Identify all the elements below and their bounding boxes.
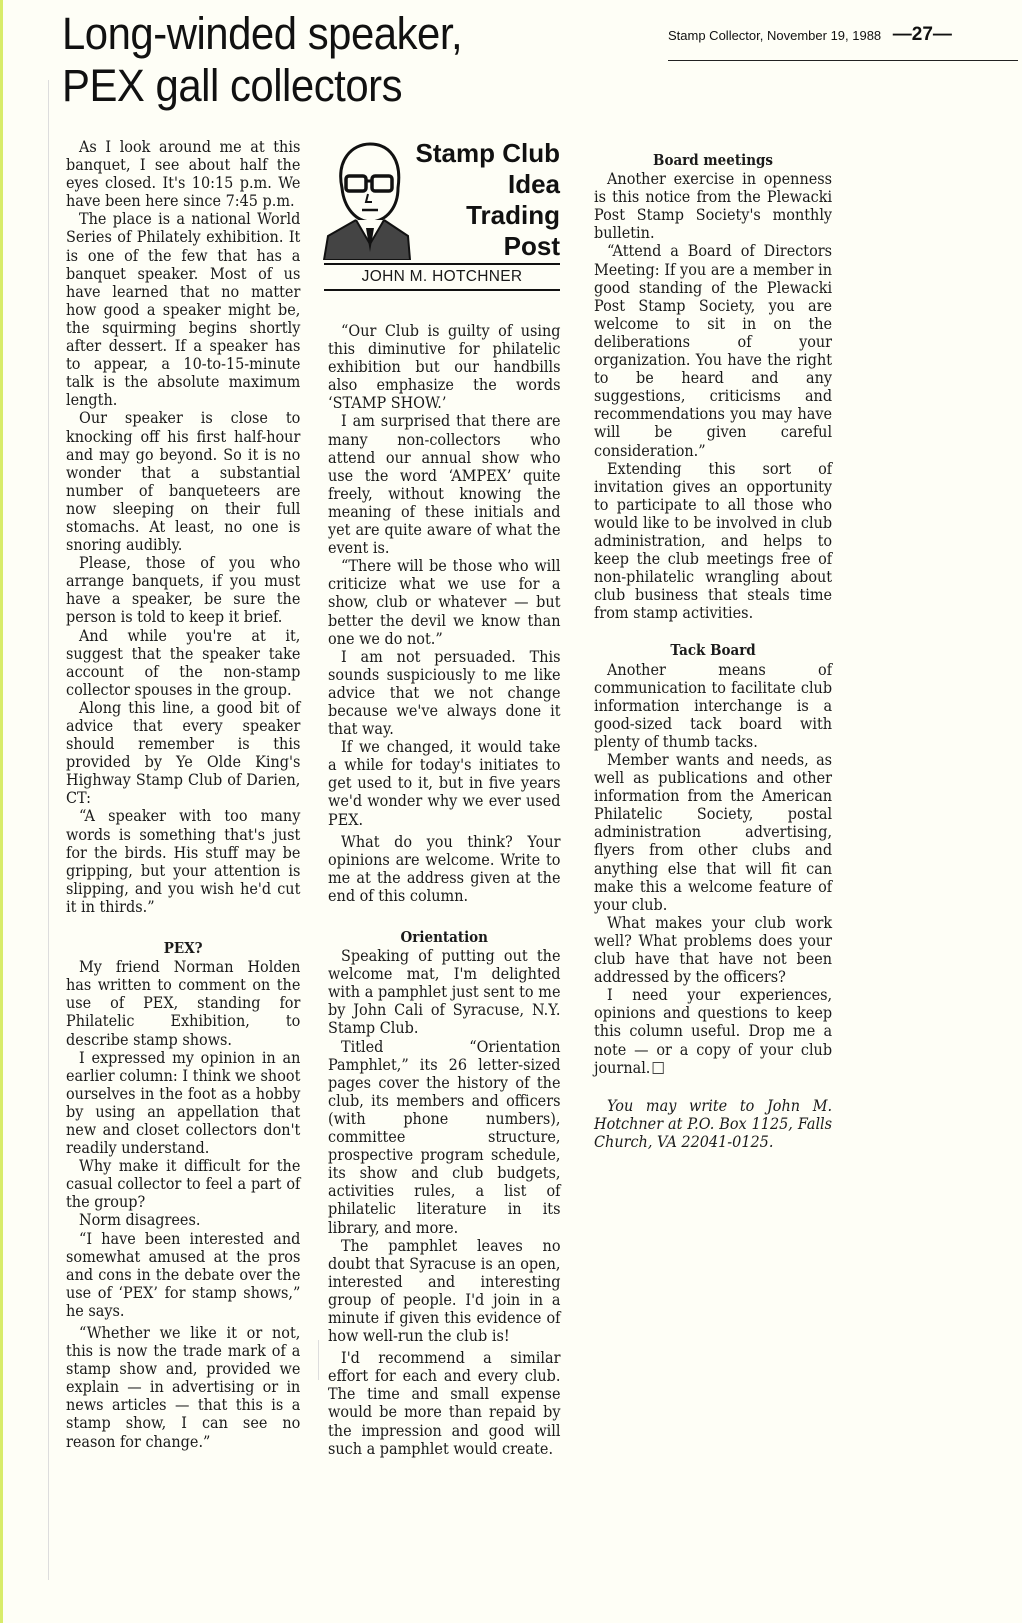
paragraph: The place is a national World Series of … bbox=[66, 210, 300, 409]
paragraph: Norm disagrees. bbox=[66, 1211, 300, 1229]
section-heading-orientation: Orientation bbox=[328, 929, 561, 947]
paragraph: What do you think? Your opinions are wel… bbox=[328, 833, 561, 905]
paragraph: And while you're at it, suggest that the… bbox=[66, 627, 300, 699]
paragraph: Another exercise in openness is this not… bbox=[594, 170, 832, 242]
byline: JOHN M. HOTCHNER bbox=[324, 263, 560, 291]
page-number: —27— bbox=[893, 24, 952, 45]
paragraph: Extending this sort of invitation gives … bbox=[594, 460, 832, 623]
paragraph: If we changed, it would take a while for… bbox=[328, 738, 561, 828]
paragraph: I need your experiences, opinions and qu… bbox=[594, 986, 832, 1076]
column-logo-title: Stamp Club Idea Trading Post bbox=[416, 138, 560, 262]
paragraph: Member wants and needs, as well as publi… bbox=[594, 751, 832, 914]
paragraph: Along this line, a good bit of advice th… bbox=[66, 699, 300, 808]
masthead: Stamp Collector, November 19, 1988 —27— bbox=[668, 24, 1018, 61]
article-column-2: “Our Club is guilty of using this diminu… bbox=[328, 322, 561, 1458]
article-column-1: As I look around me at this banquet, I s… bbox=[66, 138, 300, 1451]
closing-paragraph-text: I need your experiences, opinions and qu… bbox=[594, 986, 832, 1076]
column-rule bbox=[318, 1340, 319, 1380]
headline: Long-winded speaker, PEX gall collectors bbox=[62, 8, 583, 112]
logo-title-line: Idea bbox=[416, 169, 560, 200]
article-column-3: Board meetings Another exercise in openn… bbox=[594, 152, 832, 1151]
paragraph: Titled “Orientation Pamphlet,” its 26 le… bbox=[328, 1038, 561, 1237]
logo-title-line: Post bbox=[416, 231, 560, 262]
paragraph: “There will be those who will criticize … bbox=[328, 557, 561, 647]
paragraph: “Our Club is guilty of using this diminu… bbox=[328, 322, 561, 412]
paragraph: The pamphlet leaves no doubt that Syracu… bbox=[328, 1237, 561, 1346]
paragraph: Speaking of putting out the welcome mat,… bbox=[328, 947, 561, 1037]
paragraph: “Whether we like it or not, this is now … bbox=[66, 1324, 300, 1451]
end-of-article-box-icon bbox=[652, 1062, 663, 1074]
section-heading-pex: PEX? bbox=[66, 940, 300, 958]
paragraph: I am surprised that there are many non-c… bbox=[328, 412, 561, 557]
paragraph: I expressed my opinion in an earlier col… bbox=[66, 1049, 300, 1158]
column-logo: Stamp Club Idea Trading Post JOHN M. HOT… bbox=[322, 140, 560, 296]
column-rule bbox=[48, 80, 49, 1580]
paragraph: Another means of communication to facili… bbox=[594, 661, 832, 751]
publication-date: Stamp Collector, November 19, 1988 bbox=[668, 28, 881, 43]
paragraph: I am not persuaded. This sounds suspicio… bbox=[328, 648, 561, 738]
section-heading-board-meetings: Board meetings bbox=[594, 152, 832, 170]
paragraph: Please, those of you who arrange banquet… bbox=[66, 554, 300, 626]
scan-edge-border bbox=[0, 0, 3, 1623]
author-contact-signoff: You may write to John M. Hotchner at P.O… bbox=[594, 1097, 832, 1151]
author-portrait-icon bbox=[322, 140, 412, 260]
paragraph: “I have been interested and somewhat amu… bbox=[66, 1230, 300, 1320]
paragraph: Our speaker is close to knocking off his… bbox=[66, 409, 300, 554]
headline-line-1: Long-winded speaker, bbox=[62, 8, 583, 60]
paragraph: As I look around me at this banquet, I s… bbox=[66, 138, 300, 210]
paragraph: Why make it difficult for the casual col… bbox=[66, 1157, 300, 1211]
paragraph: What makes your club work well? What pro… bbox=[594, 914, 832, 986]
paragraph: My friend Norman Holden has written to c… bbox=[66, 958, 300, 1048]
section-heading-tack-board: Tack Board bbox=[594, 642, 832, 660]
paragraph: “Attend a Board of Directors Meeting: If… bbox=[594, 242, 832, 459]
paragraph: “A speaker with too many words is someth… bbox=[66, 807, 300, 916]
logo-title-line: Trading bbox=[416, 200, 560, 231]
logo-title-line: Stamp Club bbox=[416, 138, 560, 169]
headline-line-2: PEX gall collectors bbox=[62, 60, 583, 112]
paragraph: I'd recommend a similar effort for each … bbox=[328, 1349, 561, 1458]
